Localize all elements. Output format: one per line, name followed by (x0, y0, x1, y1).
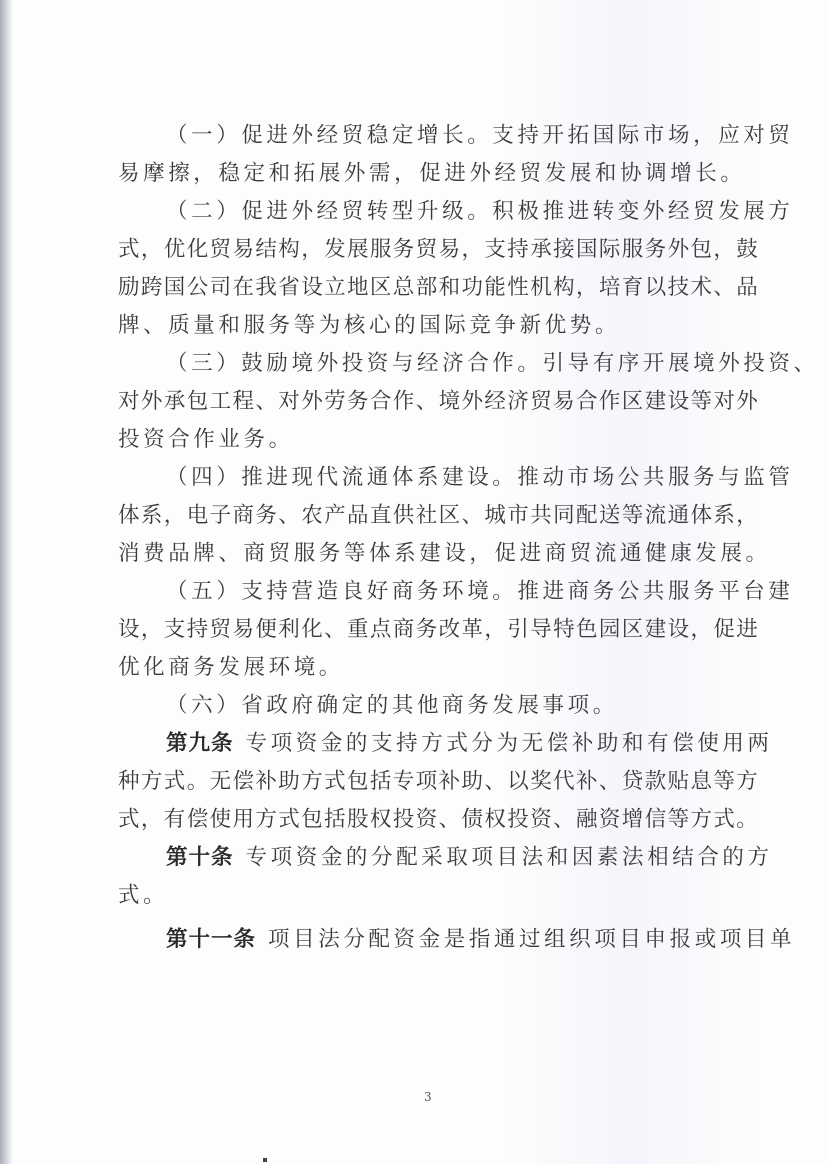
article-line: 第十条专项资金的分配采取项目法和因素法相结合的方 (118, 839, 738, 877)
text-line: （二）促进外经贸转型升级。积极推进转变外经贸发展方 (118, 193, 738, 231)
text-line: 牌、质量和服务等为核心的国际竞争新优势。 (118, 307, 738, 345)
text-line: （五）支持营造良好商务环境。推进商务公共服务平台建 (118, 573, 738, 611)
page-number: 3 (424, 1090, 432, 1104)
document-body: （一）促进外经贸稳定增长。支持开拓国际市场，应对贸 易摩擦，稳定和拓展外需，促进… (118, 117, 738, 959)
text-line: 种方式。无偿补助方式包括专项补助、以奖代补、贷款贴息等方 (118, 763, 738, 801)
text-line: （一）促进外经贸稳定增长。支持开拓国际市场，应对贸 (118, 117, 738, 155)
article-heading: 第十条 (166, 845, 234, 870)
text-line: 投资合作业务。 (118, 421, 738, 459)
text-line: （六）省政府确定的其他商务发展事项。 (118, 687, 738, 725)
article-heading: 第九条 (166, 731, 234, 756)
scan-speck (263, 1158, 267, 1162)
text-line: 体系，电子商务、农产品直供社区、城市共同配送等流通体系， (118, 497, 738, 535)
article-line: 第十一条项目法分配资金是指通过组织项目申报或项目单 (118, 921, 738, 959)
text-line: 式，有偿使用方式包括股权投资、债权投资、融资增信等方式。 (118, 801, 738, 839)
article-heading: 第十一条 (166, 927, 256, 952)
scan-edge-shadow (0, 0, 13, 1164)
text-line: 易摩擦，稳定和拓展外需，促进外经贸发展和协调增长。 (118, 155, 738, 193)
text-line: 消费品牌、商贸服务等体系建设，促进商贸流通健康发展。 (118, 535, 738, 573)
article-line: 第九条专项资金的支持方式分为无偿补助和有偿使用两 (118, 725, 738, 763)
text-line: 设，支持贸易便利化、重点商务改革，引导特色园区建设，促进 (118, 611, 738, 649)
text-line: （三）鼓励境外投资与经济合作。引导有序开展境外投资、 (118, 345, 738, 383)
text-line: 对外承包工程、对外劳务合作、境外经济贸易合作区建设等对外 (118, 383, 738, 421)
text-line: 式，优化贸易结构，发展服务贸易，支持承接国际服务外包，鼓 (118, 231, 738, 269)
text-line: 励跨国公司在我省设立地区总部和功能性机构，培育以技术、品 (118, 269, 738, 307)
text-line: （四）推进现代流通体系建设。推动市场公共服务与监管 (118, 459, 738, 497)
text-line: 优化商务发展环境。 (118, 649, 738, 687)
text-line: 式。 (118, 877, 738, 915)
